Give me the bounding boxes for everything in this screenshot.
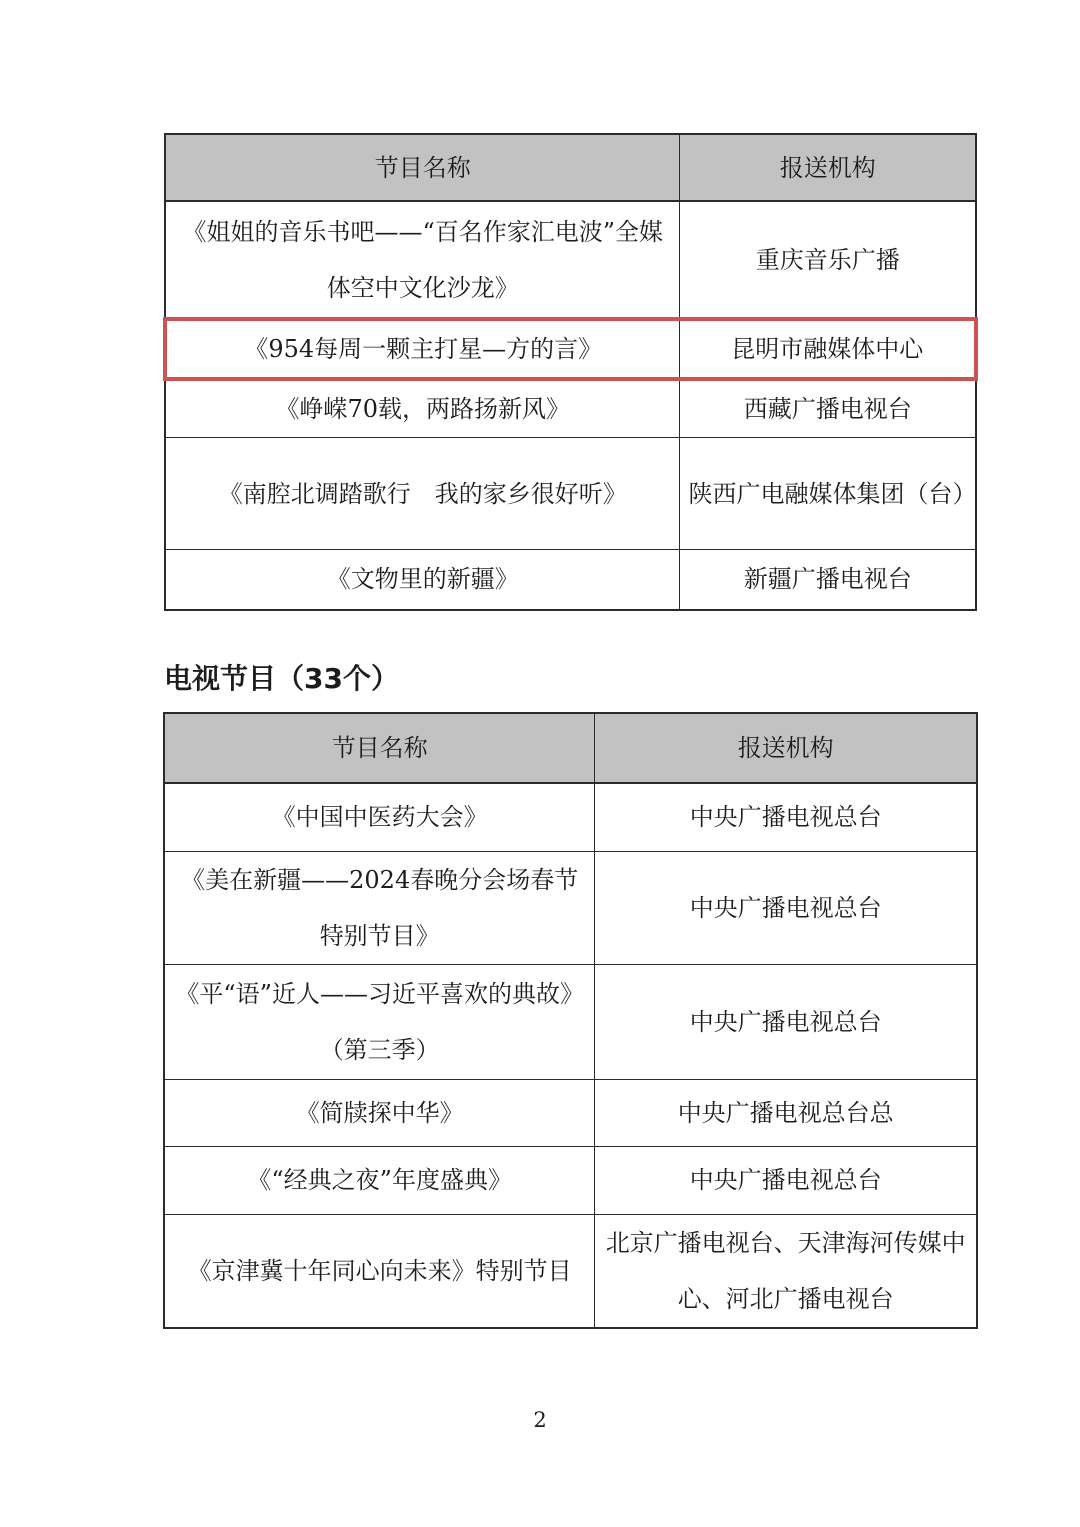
column-header-submitting-org: 报送机构	[595, 713, 977, 783]
program-name-cell: 《简牍探中华》	[164, 1079, 595, 1146]
submitting-org-cell: 中央广播电视总台	[595, 964, 977, 1079]
table-row: 《文物里的新疆》 新疆广播电视台	[165, 550, 976, 610]
table-row: 《“经典之夜”年度盛典》 中央广播电视总台	[164, 1146, 977, 1214]
submitting-org-cell: 中央广播电视总台总	[595, 1079, 977, 1146]
table-row: 《京津冀十年同心向未来》特别节目 北京广播电视台、天津海河传媒中心、河北广播电视…	[164, 1214, 977, 1328]
submitting-org-cell: 陕西广电融媒体集团（台）	[680, 438, 976, 550]
submitting-org-cell: 重庆音乐广播	[680, 201, 976, 319]
program-name-cell: 《美在新疆——2024春晚分会场春节特别节目》	[164, 851, 595, 964]
submitting-org-cell: 北京广播电视台、天津海河传媒中心、河北广播电视台	[595, 1214, 977, 1328]
table-row: 《中国中医药大会》 中央广播电视总台	[164, 783, 977, 851]
program-name-cell: 《中国中医药大会》	[164, 783, 595, 851]
header-row: 节目名称 报送机构	[164, 713, 977, 783]
submitting-org-cell: 中央广播电视总台	[595, 1146, 977, 1214]
submitting-org-cell: 中央广播电视总台	[595, 783, 977, 851]
table-row: 《简牍探中华》 中央广播电视总台总	[164, 1079, 977, 1146]
submitting-org-cell: 中央广播电视总台	[595, 851, 977, 964]
program-name-cell: 《平“语”近人——习近平喜欢的典故》 （第三季）	[164, 964, 595, 1079]
highlighted-row: 《954每周一颗主打星—方的言》 昆明市融媒体中心	[165, 319, 976, 379]
document-page: 节目名称 报送机构 《姐姐的音乐书吧——“百名作家汇电波”全媒体空中文化沙龙》 …	[0, 0, 1080, 1527]
submitting-org-cell: 西藏广播电视台	[680, 379, 976, 438]
radio-program-table: 节目名称 报送机构 《姐姐的音乐书吧——“百名作家汇电波”全媒体空中文化沙龙》 …	[163, 133, 978, 611]
table-row: 《峥嵘70载，两路扬新风》 西藏广播电视台	[165, 379, 976, 438]
section-heading: 电视节目（33个）	[164, 662, 399, 696]
program-name-cell: 《姐姐的音乐书吧——“百名作家汇电波”全媒体空中文化沙龙》	[165, 201, 680, 319]
submitting-org-cell: 新疆广播电视台	[680, 550, 976, 610]
table-row: 《姐姐的音乐书吧——“百名作家汇电波”全媒体空中文化沙龙》 重庆音乐广播	[165, 201, 976, 319]
program-name-cell: 《文物里的新疆》	[165, 550, 680, 610]
column-header-program-name: 节目名称	[164, 713, 595, 783]
program-name-cell: 《京津冀十年同心向未来》特别节目	[164, 1214, 595, 1328]
program-name-cell: 《峥嵘70载，两路扬新风》	[165, 379, 680, 438]
page-number: 2	[0, 1408, 1080, 1432]
column-header-submitting-org: 报送机构	[680, 134, 976, 201]
program-name-cell: 《954每周一颗主打星—方的言》	[165, 319, 680, 379]
table-row: 《平“语”近人——习近平喜欢的典故》 （第三季） 中央广播电视总台	[164, 964, 977, 1079]
tv-program-table: 节目名称 报送机构 《中国中医药大会》 中央广播电视总台 《美在新疆——2024…	[163, 712, 978, 1329]
table-row: 《南腔北调踏歌行 我的家乡很好听》 陕西广电融媒体集团（台）	[165, 438, 976, 550]
submitting-org-cell: 昆明市融媒体中心	[680, 319, 976, 379]
header-row: 节目名称 报送机构	[165, 134, 976, 201]
column-header-program-name: 节目名称	[165, 134, 680, 201]
table-row: 《美在新疆——2024春晚分会场春节特别节目》 中央广播电视总台	[164, 851, 977, 964]
program-name-cell: 《南腔北调踏歌行 我的家乡很好听》	[165, 438, 680, 550]
program-name-cell: 《“经典之夜”年度盛典》	[164, 1146, 595, 1214]
